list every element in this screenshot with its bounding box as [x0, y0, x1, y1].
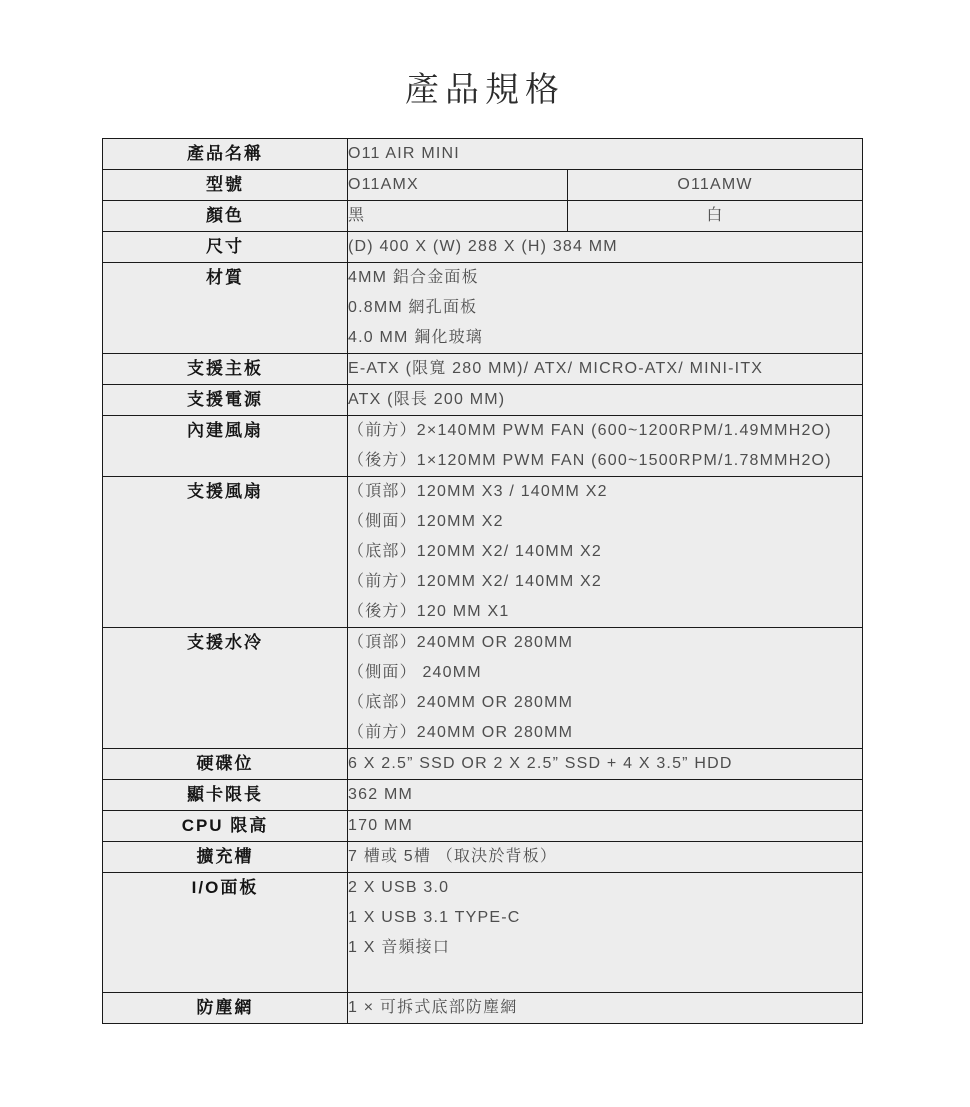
spec-value: (D) 400 X (W) 288 X (H) 384 MM [348, 232, 863, 263]
spec-value: E-ATX (限寬 280 MM)/ ATX/ MICRO-ATX/ MINI-… [348, 354, 863, 385]
spec-row-product-name: 產品名稱 O11 AIR MINI [103, 139, 863, 170]
spec-value-line: （前方）2×140MM PWM FAN (600~1200RPM/1.49MMH… [348, 416, 862, 446]
spec-label: 硬碟位 [103, 749, 348, 780]
spec-value: （頂部）240MM OR 280MM （側面） 240MM （底部）240MM … [348, 628, 863, 749]
spec-row-model: 型號 O11AMX O11AMW [103, 170, 863, 201]
spec-value-line: （後方）120 MM X1 [348, 597, 862, 627]
spec-value: （前方）2×140MM PWM FAN (600~1200RPM/1.49MMH… [348, 416, 863, 477]
spec-value: 4MM 鋁合金面板 0.8MM 網孔面板 4.0 MM 鋼化玻璃 [348, 263, 863, 354]
spec-value-line: 1 X USB 3.1 TYPE-C [348, 903, 862, 933]
spec-value: 2 X USB 3.0 1 X USB 3.1 TYPE-C 1 X 音頻接口 [348, 873, 863, 993]
spec-value-line: 2 X USB 3.0 [348, 873, 862, 903]
spec-row-material: 材質 4MM 鋁合金面板 0.8MM 網孔面板 4.0 MM 鋼化玻璃 [103, 263, 863, 354]
spec-label: 型號 [103, 170, 348, 201]
spec-value-line: 4.0 MM 鋼化玻璃 [348, 323, 862, 353]
spec-value-line: （頂部）240MM OR 280MM [348, 628, 862, 658]
spec-label: I/O面板 [103, 873, 348, 993]
spec-row-included-fans: 內建風扇 （前方）2×140MM PWM FAN (600~1200RPM/1.… [103, 416, 863, 477]
spec-value: 1 × 可拆式底部防塵網 [348, 993, 863, 1024]
spec-table: 產品名稱 O11 AIR MINI 型號 O11AMX O11AMW 顏色 黑 … [102, 138, 863, 1024]
spec-row-gpu-length: 顯卡限長 362 MM [103, 780, 863, 811]
spec-value: ATX (限長 200 MM) [348, 385, 863, 416]
spec-row-motherboard: 支援主板 E-ATX (限寬 280 MM)/ ATX/ MICRO-ATX/ … [103, 354, 863, 385]
spec-value: 362 MM [348, 780, 863, 811]
spec-row-dust-filter: 防塵網 1 × 可拆式底部防塵網 [103, 993, 863, 1024]
spec-label: CPU 限高 [103, 811, 348, 842]
spec-label: 防塵網 [103, 993, 348, 1024]
spec-row-fan-support: 支援風扇 （頂部）120MM X3 / 140MM X2 （側面）120MM X… [103, 477, 863, 628]
spec-label: 顏色 [103, 201, 348, 232]
spec-row-cpu-height: CPU 限高 170 MM [103, 811, 863, 842]
spec-value: （頂部）120MM X3 / 140MM X2 （側面）120MM X2 （底部… [348, 477, 863, 628]
spec-label: 內建風扇 [103, 416, 348, 477]
spec-value-line: （前方）240MM OR 280MM [348, 718, 862, 748]
spec-label: 擴充槽 [103, 842, 348, 873]
spec-label: 尺寸 [103, 232, 348, 263]
spec-value: O11 AIR MINI [348, 139, 863, 170]
spec-row-psu: 支援電源 ATX (限長 200 MM) [103, 385, 863, 416]
page-title: 產品規格 [0, 0, 970, 110]
spec-label: 產品名稱 [103, 139, 348, 170]
spec-value-line: （側面）120MM X2 [348, 507, 862, 537]
spec-value: 6 X 2.5” SSD OR 2 X 2.5” SSD + 4 X 3.5” … [348, 749, 863, 780]
spec-label: 支援水冷 [103, 628, 348, 749]
spec-label: 支援電源 [103, 385, 348, 416]
spec-row-dimensions: 尺寸 (D) 400 X (W) 288 X (H) 384 MM [103, 232, 863, 263]
spec-value-line: （側面） 240MM [348, 658, 862, 688]
spec-value: 7 槽或 5槽 （取決於背板） [348, 842, 863, 873]
spec-value-line: （頂部）120MM X3 / 140MM X2 [348, 477, 862, 507]
spec-value-line: （底部）240MM OR 280MM [348, 688, 862, 718]
spec-page: 產品規格 產品名稱 O11 AIR MINI 型號 O11AMX O11AMW … [0, 0, 970, 1107]
spec-value: O11AMW [568, 170, 863, 201]
spec-value-line: 4MM 鋁合金面板 [348, 263, 862, 293]
spec-row-expansion-slots: 擴充槽 7 槽或 5槽 （取決於背板） [103, 842, 863, 873]
spec-row-color: 顏色 黑 白 [103, 201, 863, 232]
spec-label: 支援主板 [103, 354, 348, 385]
spec-row-drive-bays: 硬碟位 6 X 2.5” SSD OR 2 X 2.5” SSD + 4 X 3… [103, 749, 863, 780]
spec-value-line: （底部）120MM X2/ 140MM X2 [348, 537, 862, 567]
spec-value-line: （前方）120MM X2/ 140MM X2 [348, 567, 862, 597]
spec-value: 黑 [348, 201, 568, 232]
spec-value-line: 1 X 音頻接口 [348, 933, 862, 963]
spec-row-radiator-support: 支援水冷 （頂部）240MM OR 280MM （側面） 240MM （底部）2… [103, 628, 863, 749]
spec-label: 材質 [103, 263, 348, 354]
spec-row-io-panel: I/O面板 2 X USB 3.0 1 X USB 3.1 TYPE-C 1 X… [103, 873, 863, 993]
spec-value: 白 [568, 201, 863, 232]
spec-label: 顯卡限長 [103, 780, 348, 811]
spec-value: 170 MM [348, 811, 863, 842]
spec-value: O11AMX [348, 170, 568, 201]
spec-value-line: （後方）1×120MM PWM FAN (600~1500RPM/1.78MMH… [348, 446, 862, 476]
spec-label: 支援風扇 [103, 477, 348, 628]
spec-value-line: 0.8MM 網孔面板 [348, 293, 862, 323]
